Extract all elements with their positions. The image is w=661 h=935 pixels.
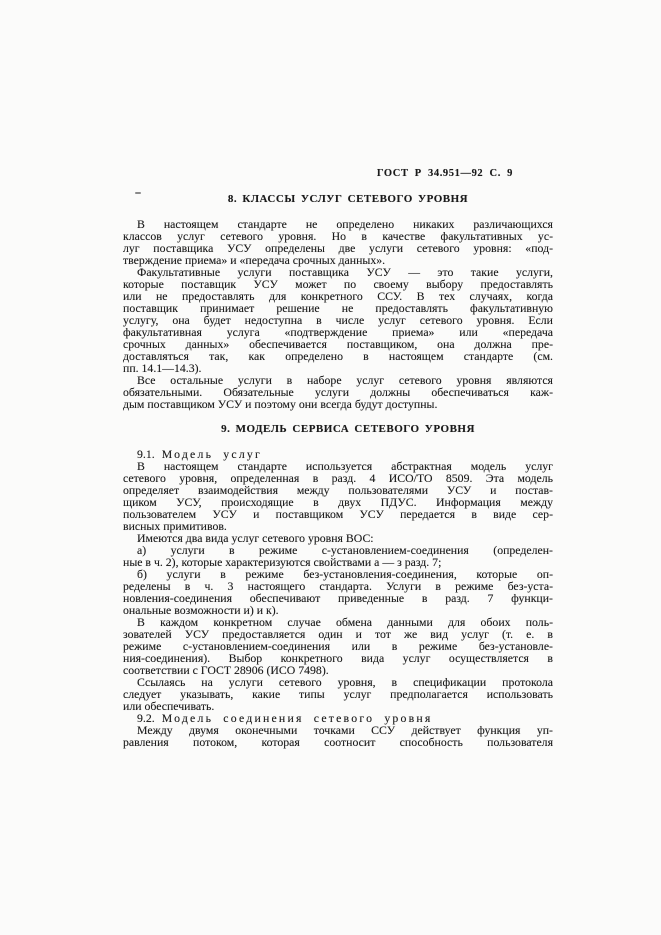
paragraph: б) услуги в режиме без-установления-соед… — [123, 568, 553, 616]
paragraph: Ссылаясь на услуги сетевого уровня, в сп… — [123, 676, 553, 712]
paragraph: В настоящем стандарте используется абстр… — [123, 460, 553, 532]
document-page: ГОСТ Р 34.951—92 С. 9 8. КЛАССЫ УСЛУГ СЕ… — [0, 0, 661, 935]
document-body: 8. КЛАССЫ УСЛУГ СЕТЕВОГО УРОВНЯВ настоящ… — [123, 193, 553, 748]
paragraph: Между двумя оконечными точками ССУ дейст… — [123, 724, 553, 748]
paragraph: В каждом конкретном случае обмена данным… — [123, 616, 553, 676]
paragraph: Факультативные услуги поставщика УСУ — э… — [123, 266, 553, 374]
paragraph: В настоящем стандарте не определено ника… — [123, 218, 553, 266]
text-line: дым поставщиком УСУ и поэтому они всегда… — [123, 398, 553, 410]
page-content: ГОСТ Р 34.951—92 С. 9 8. КЛАССЫ УСЛУГ СЕ… — [123, 168, 553, 748]
section-heading: 9. МОДЕЛЬ СЕРВИСА СЕТЕВОГО УРОВНЯ — [123, 423, 553, 435]
paragraph: Все остальные услуги в наборе услуг сете… — [123, 374, 553, 410]
text-line: равления потоком, которая соотносит спос… — [123, 736, 553, 748]
section-heading: 8. КЛАССЫ УСЛУГ СЕТЕВОГО УРОВНЯ — [123, 193, 553, 205]
paragraph: а) услуги в режиме с-установлением-соеди… — [123, 544, 553, 568]
page-header-running-title: ГОСТ Р 34.951—92 С. 9 — [123, 168, 553, 180]
